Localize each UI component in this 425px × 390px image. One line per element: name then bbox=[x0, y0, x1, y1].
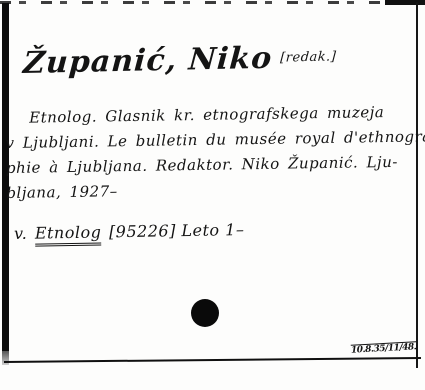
corner-note: 10.8.35/11/48. bbox=[350, 342, 416, 355]
reference-detail: [95226] Leto 1– bbox=[109, 220, 245, 241]
author-role-annotation: [redak.] bbox=[280, 49, 337, 65]
card-heading: Županić, Niko[redak.] bbox=[22, 39, 338, 81]
bibliography-line: bljana, 1927– bbox=[6, 174, 424, 206]
scan-border-top-right bbox=[385, 0, 425, 5]
author-name: Županić, Niko bbox=[22, 41, 273, 81]
reference-title: Etnolog bbox=[35, 222, 102, 246]
scan-border-top bbox=[0, 1, 425, 4]
bibliography-paragraph: Etnolog. Glasnik kr. etnografskega muzej… bbox=[5, 99, 425, 206]
reference-line: v. Etnolog [95226] Leto 1– bbox=[14, 220, 245, 243]
catalog-card: Županić, Niko[redak.] Etnolog. Glasnik k… bbox=[0, 0, 425, 390]
punch-hole-dot bbox=[191, 299, 219, 327]
scan-border-bottom bbox=[4, 357, 421, 363]
reference-prefix: v. bbox=[14, 224, 28, 243]
